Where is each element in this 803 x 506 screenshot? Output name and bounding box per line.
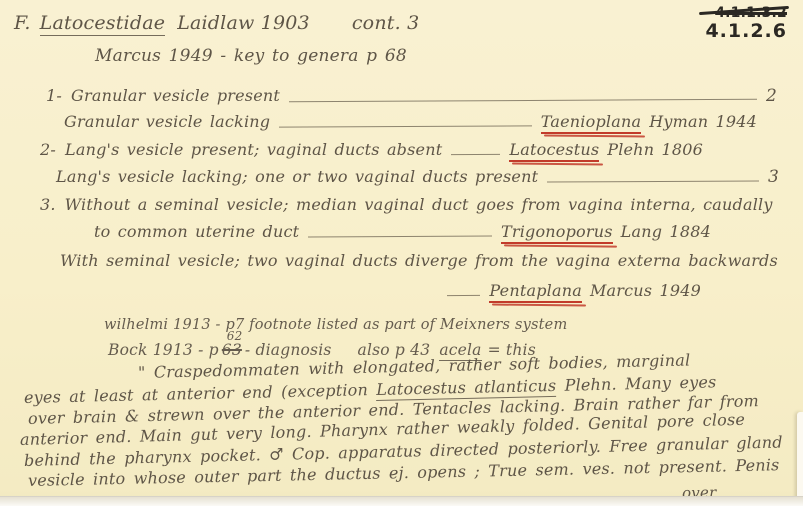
genus-name: Latocestus [509, 140, 599, 162]
adjacent-card-edge [797, 412, 803, 500]
genus-name: Pentaplana [489, 281, 582, 303]
catalog-number: 4.1.2.6 [705, 21, 787, 43]
genus-authority: Lang 1884 [621, 222, 711, 241]
genus-authority: Plehn 1806 [607, 140, 703, 159]
key-couplet-1b: Granular vesicle lacking Taenioplana Hym… [64, 112, 757, 134]
index-card: F. Latocestidae Laidlaw 1903 cont. 3 4.1… [0, 0, 803, 506]
corrected-page-number: 62 [227, 329, 243, 343]
catalog-codes: 4.1.1.3.2 4.1.2.6 [705, 5, 787, 43]
couplet-text: With seminal vesicle; two vaginal ducts … [60, 251, 778, 270]
couplet-text: Granular vesicle lacking [64, 112, 270, 131]
old-catalog-number: 4.1.1.3.2 [705, 5, 787, 21]
leader-line [289, 99, 757, 102]
note-wilhelmi: wilhelmi 1913 - p7 footnote listed as pa… [104, 317, 567, 333]
quote-line-2-post: Plehn. Many eyes [556, 372, 717, 395]
struck-page-number: 63 [222, 341, 242, 359]
bock-citation: Bock 1913 - p [108, 341, 219, 359]
leader-line [447, 295, 480, 296]
leader-line [279, 125, 532, 127]
family-authority: Laidlaw 1903 [177, 12, 310, 34]
couplet-text: Lang's vesicle present; vaginal ducts ab… [65, 140, 442, 159]
couplet-text: Without a seminal vesicle; median vagina… [65, 195, 773, 214]
couplet-number: 2- [40, 140, 56, 159]
key-couplet-2b: Lang's vesicle lacking; one or two vagin… [56, 167, 779, 187]
couplet-text: to common uterine duct [94, 222, 299, 241]
genus-authority: Marcus 1949 [590, 281, 701, 300]
couplet-target: 3 [768, 167, 779, 187]
bock-diagnosis: - diagnosis [245, 341, 332, 359]
key-couplet-3b-line1: With seminal vesicle; two vaginal ducts … [60, 251, 778, 270]
couplet-target: 2 [766, 86, 777, 106]
couplet-number: 3. [40, 195, 56, 214]
key-couplet-3b-line2: Pentaplana Marcus 1949 [438, 281, 701, 303]
genus-name: Trigonoporus [501, 222, 613, 244]
page-correction: 6362 [222, 341, 242, 359]
key-couplet-3a-line2: to common uterine duct Trigonoporus Lang… [94, 222, 711, 244]
family-prefix: F. [14, 12, 31, 34]
card-bottom-edge [0, 496, 803, 506]
genus-name: Taenioplana [541, 112, 641, 134]
couplet-number: 1- [46, 86, 62, 105]
family-name: Latocestidae [40, 12, 166, 36]
key-couplet-3a-line1: 3. Without a seminal vesicle; median vag… [40, 195, 773, 214]
genus-authority: Hyman 1944 [649, 112, 757, 131]
couplet-text: Lang's vesicle lacking; one or two vagin… [56, 167, 538, 186]
key-couplet-2a: 2- Lang's vesicle present; vaginal ducts… [40, 140, 703, 162]
key-couplet-1a: 1- Granular vesicle present 2 [46, 86, 777, 106]
continuation-note: cont. 3 [352, 12, 420, 34]
couplet-text: Granular vesicle present [71, 86, 280, 105]
key-reference: Marcus 1949 - key to genera p 68 [95, 46, 407, 66]
leader-line [308, 236, 492, 238]
leader-line [547, 180, 759, 182]
leader-line [451, 154, 500, 155]
family-heading: F. Latocestidae Laidlaw 1903 cont. 3 [14, 12, 419, 36]
